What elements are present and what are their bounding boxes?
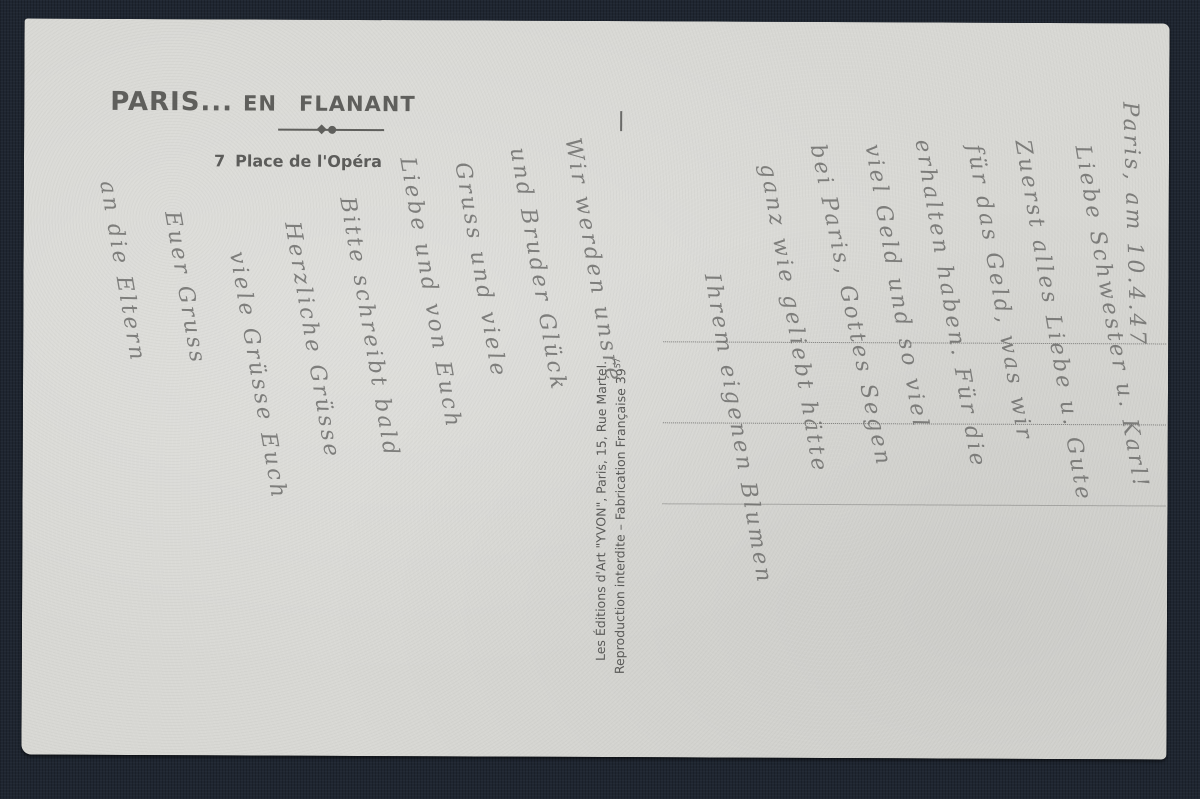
postcard: PARIS...ENFLANANT 7Place de l'Opéra Les … [21, 19, 1169, 760]
handwriting-line: Euer Gruss [159, 209, 210, 367]
rights-text: Reproduction interdite – Fabrication Fra… [612, 368, 628, 674]
handwriting-line: Wir werden unsre [559, 136, 626, 385]
handwriting-line: Gruss und viele [449, 160, 511, 380]
center-divider-mark [620, 111, 622, 131]
handwriting-line: viele Grüsse Euch [224, 249, 291, 502]
handwriting-line: an die Eltern [94, 179, 150, 365]
postcard-title: PARIS...ENFLANANT [110, 87, 416, 118]
publisher-line: Les Éditions d'Art "YVON", Paris, 15, Ru… [593, 361, 609, 661]
title-ornament-divider [278, 126, 384, 134]
handwriting-line: Herzliche Grüsse [279, 220, 344, 462]
caption-text: Place de l'Opéra [235, 151, 382, 171]
title-flanant: FLANANT [299, 92, 416, 117]
card-number: 7 [214, 151, 225, 170]
handwriting-line: Bitte schreibt bald [334, 195, 403, 460]
postcard-caption: 7Place de l'Opéra [214, 151, 382, 171]
handwriting-line: und Bruder Glück [504, 146, 571, 394]
rights-line: Reproduction interdite – Fabrication Fra… [612, 358, 629, 674]
title-en: EN [243, 91, 277, 115]
title-paris: PARIS... [110, 87, 233, 118]
handwriting-line: Ihrem eigenen Blumen [699, 272, 777, 587]
